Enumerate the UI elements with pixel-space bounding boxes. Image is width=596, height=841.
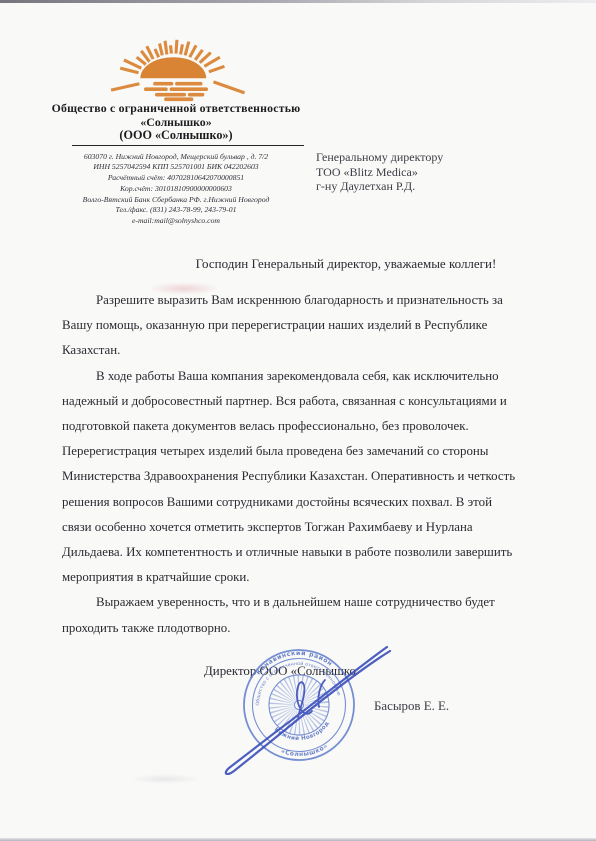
detail-phone-fax: Тел./факс. (831) 243-78-99, 243-79-01 xyxy=(40,205,312,216)
detail-corr-account: Кор.счёт: 30101810900000000603 xyxy=(40,184,312,195)
detail-bank: Волго-Вятский Банк Сбербанка РФ. г.Нижни… xyxy=(40,195,312,206)
letter-body: Разрешите выразить Вам искреннюю благода… xyxy=(62,288,578,641)
recipient-company: ТОО «Blitz Medica» xyxy=(316,165,443,180)
header-rule xyxy=(72,145,304,146)
paragraph-gratitude: Разрешите выразить Вам искреннюю благода… xyxy=(62,288,578,364)
scan-edge-top xyxy=(0,0,596,3)
org-name-full: Общество с ограниченной ответственностью xyxy=(40,102,312,116)
recipient-person: г-ну Даулетхан Р.Д. xyxy=(316,179,443,194)
recipient-block: Генеральному директору ТОО «Blitz Medica… xyxy=(316,150,443,194)
letterhead: Общество с ограниченной ответственностью… xyxy=(40,38,312,227)
detail-settlement-account: Расчётный счёт: 40702810642070000851 xyxy=(40,173,312,184)
signature-autograph xyxy=(203,625,403,775)
detail-address: 603070 г. Нижний Новгород, Мещерский бул… xyxy=(40,152,312,163)
company-details: 603070 г. Нижний Новгород, Мещерский бул… xyxy=(40,152,312,228)
salutation: Господин Генеральный директор, уважаемые… xyxy=(62,256,596,272)
detail-email: e-mail:mail@solnyshco.com xyxy=(40,216,312,227)
org-name-abbrev: (ООО «Солнышко») xyxy=(40,129,312,143)
org-name-short: «Солнышко» xyxy=(40,116,312,130)
paragraph-work-details: В ходе работы Ваша компания зарекомендов… xyxy=(62,364,578,591)
letter-page: Общество с ограниченной ответственностью… xyxy=(0,0,596,841)
detail-inn-kpp-bik: ИНН 5257042594 КПП 525701001 БИК 0422026… xyxy=(40,162,312,173)
scan-smudge xyxy=(130,774,200,784)
sun-over-water-icon xyxy=(93,38,259,102)
recipient-position: Генеральному директору xyxy=(316,150,443,165)
scan-smudge xyxy=(148,282,220,295)
